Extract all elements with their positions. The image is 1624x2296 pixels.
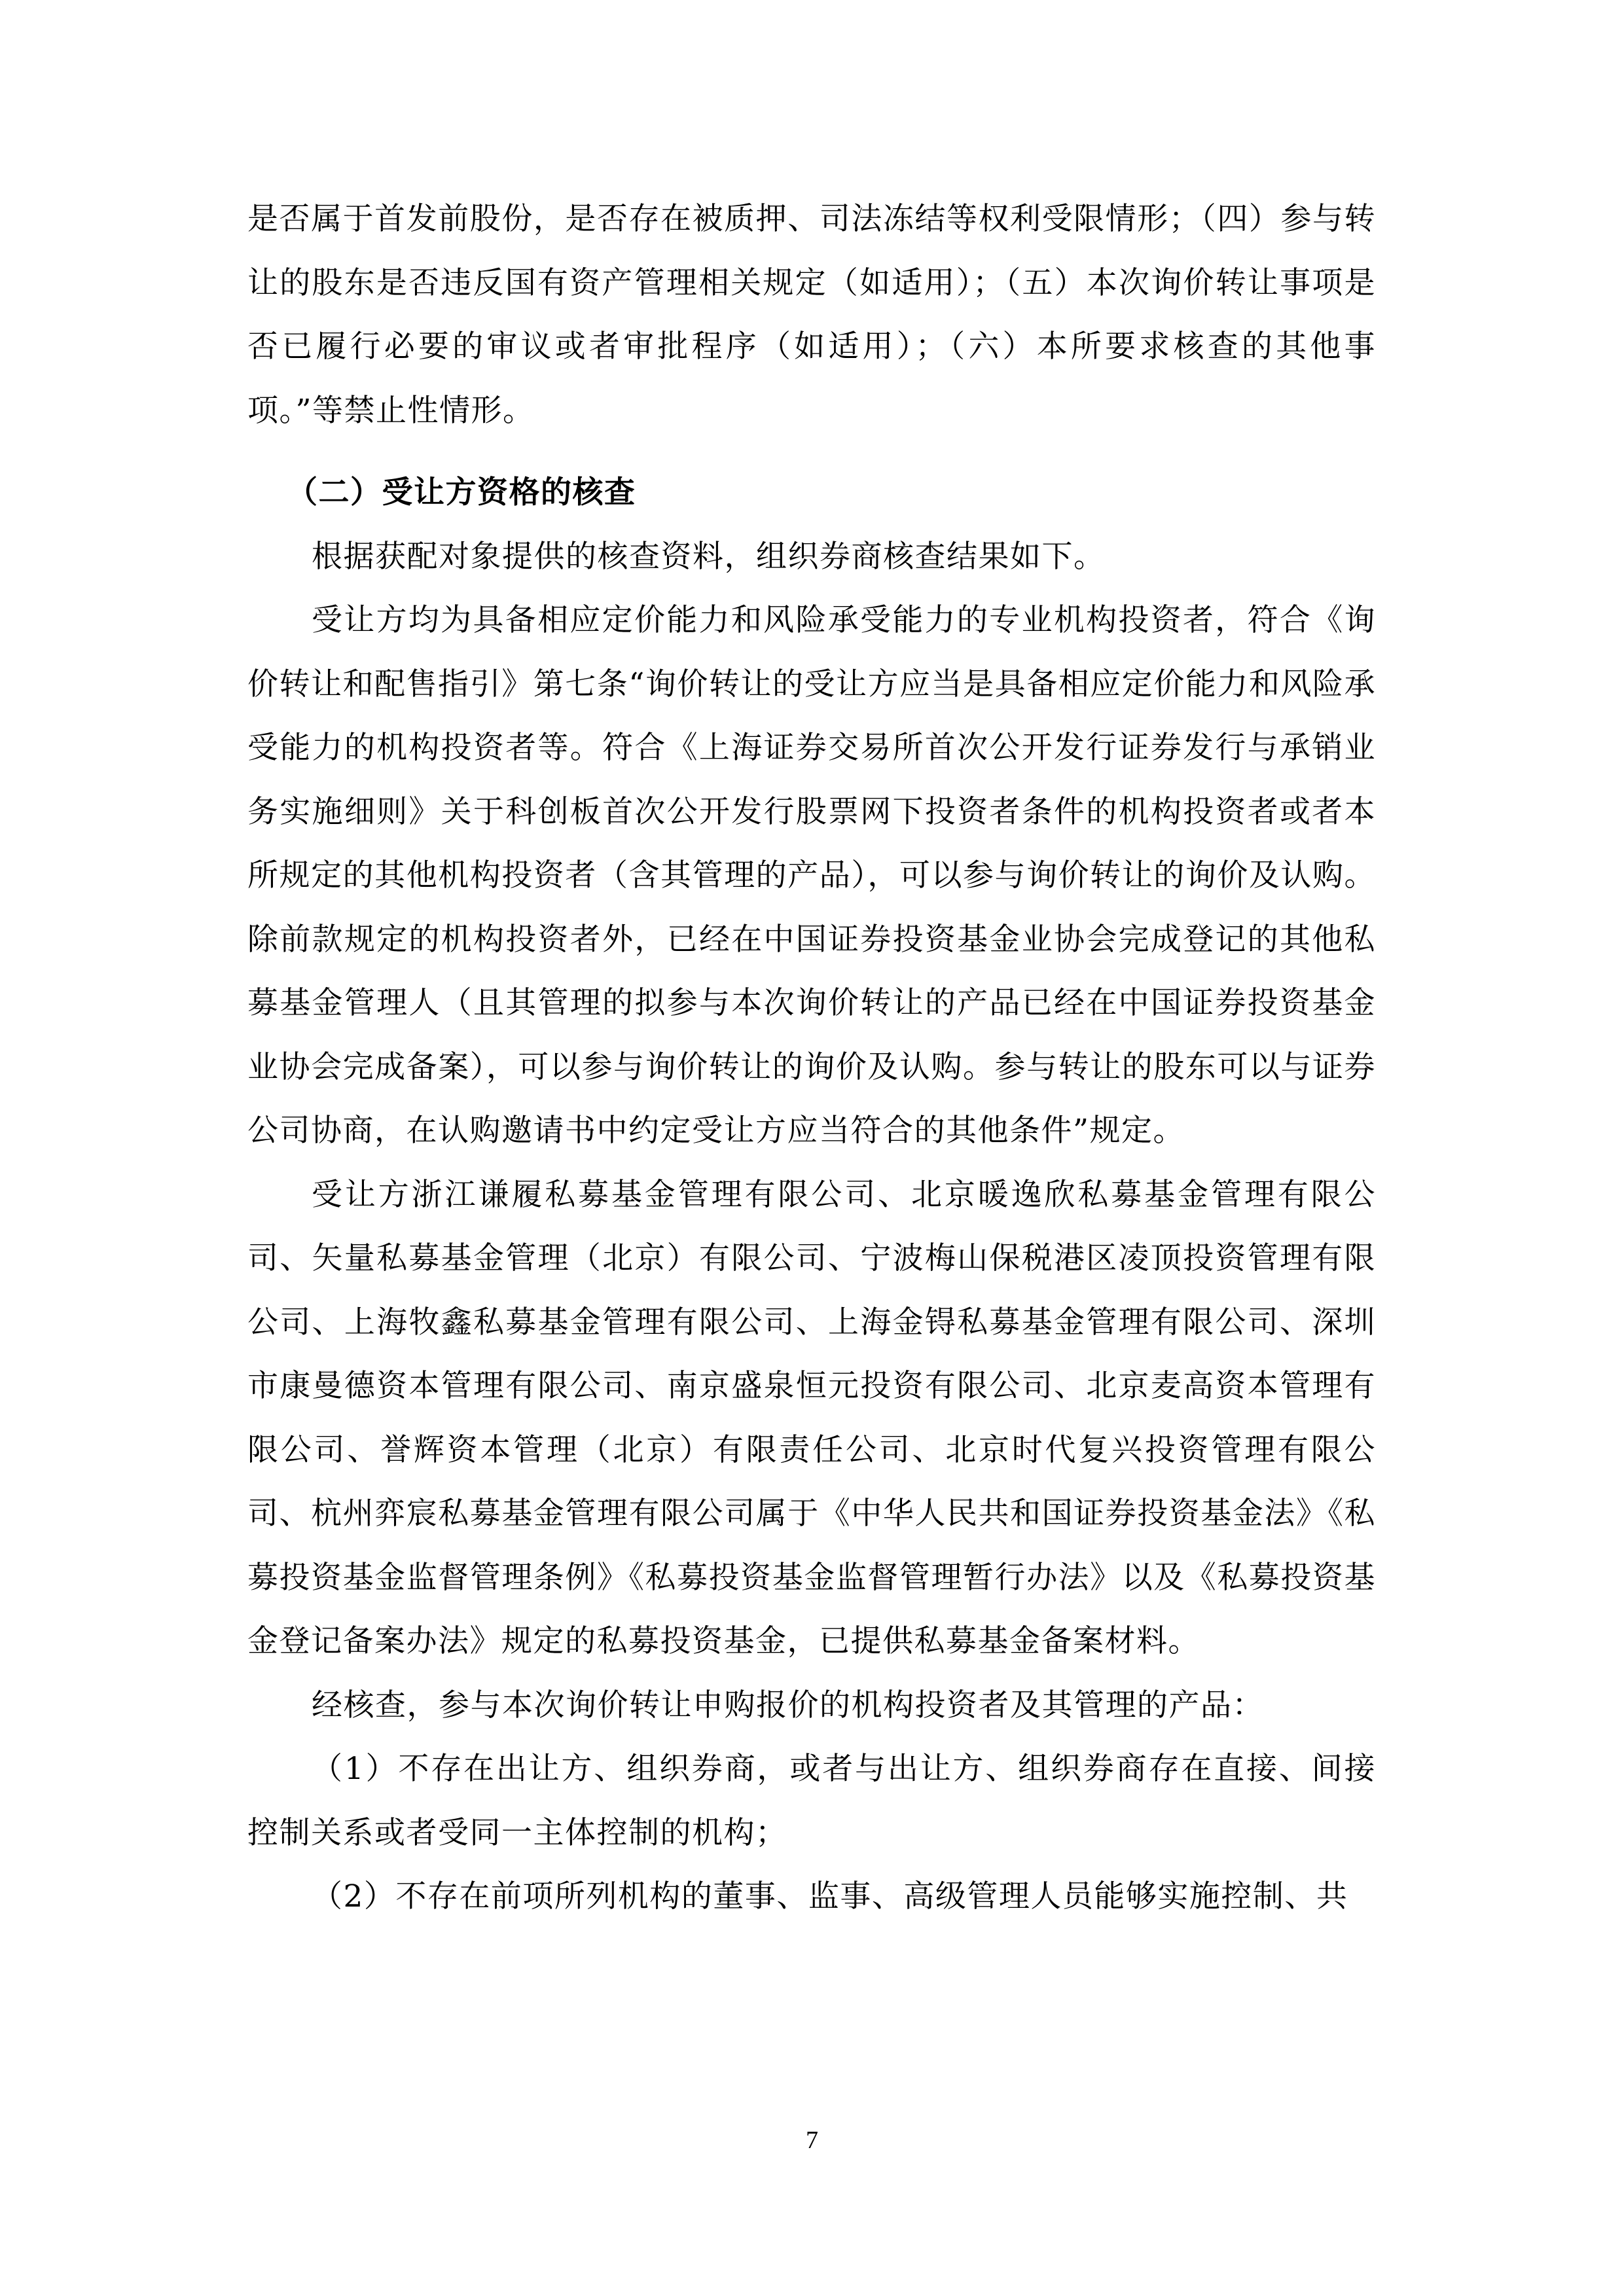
- paragraph-investor-requirements: 受让方均为具备相应定价能力和风险承受能力的专业机构投资者，符合《询价转让和配售指…: [247, 588, 1376, 1163]
- list-item-condition-1: （1）不存在出让方、组织券商，或者与出让方、组织券商存在直接、间接控制关系或者受…: [247, 1737, 1376, 1865]
- document-page: 是否属于首发前股份，是否存在被质押、司法冻结等权利受限情形；（四）参与转让的股东…: [0, 0, 1624, 2296]
- paragraph-verification-result: 经核查，参与本次询价转让申购报价的机构投资者及其管理的产品：: [247, 1674, 1376, 1738]
- paragraph-private-fund-transferees: 受让方浙江谦履私募基金管理有限公司、北京暖逸欣私募基金管理有限公司、矢量私募基金…: [247, 1163, 1376, 1674]
- paragraph-verification-intro: 根据获配对象提供的核查资料，组织券商核查结果如下。: [247, 525, 1376, 589]
- page-number: 7: [0, 2126, 1624, 2155]
- section-heading-transferee-qualification: （二）受让方资格的核查: [247, 461, 1376, 525]
- list-item-condition-2: （2）不存在前项所列机构的董事、监事、高级管理人员能够实施控制、共: [247, 1865, 1376, 1929]
- page-body: 是否属于首发前股份，是否存在被质押、司法冻结等权利受限情形；（四）参与转让的股东…: [247, 187, 1376, 1929]
- paragraph-prohibited-circumstances: 是否属于首发前股份，是否存在被质押、司法冻结等权利受限情形；（四）参与转让的股东…: [247, 187, 1376, 442]
